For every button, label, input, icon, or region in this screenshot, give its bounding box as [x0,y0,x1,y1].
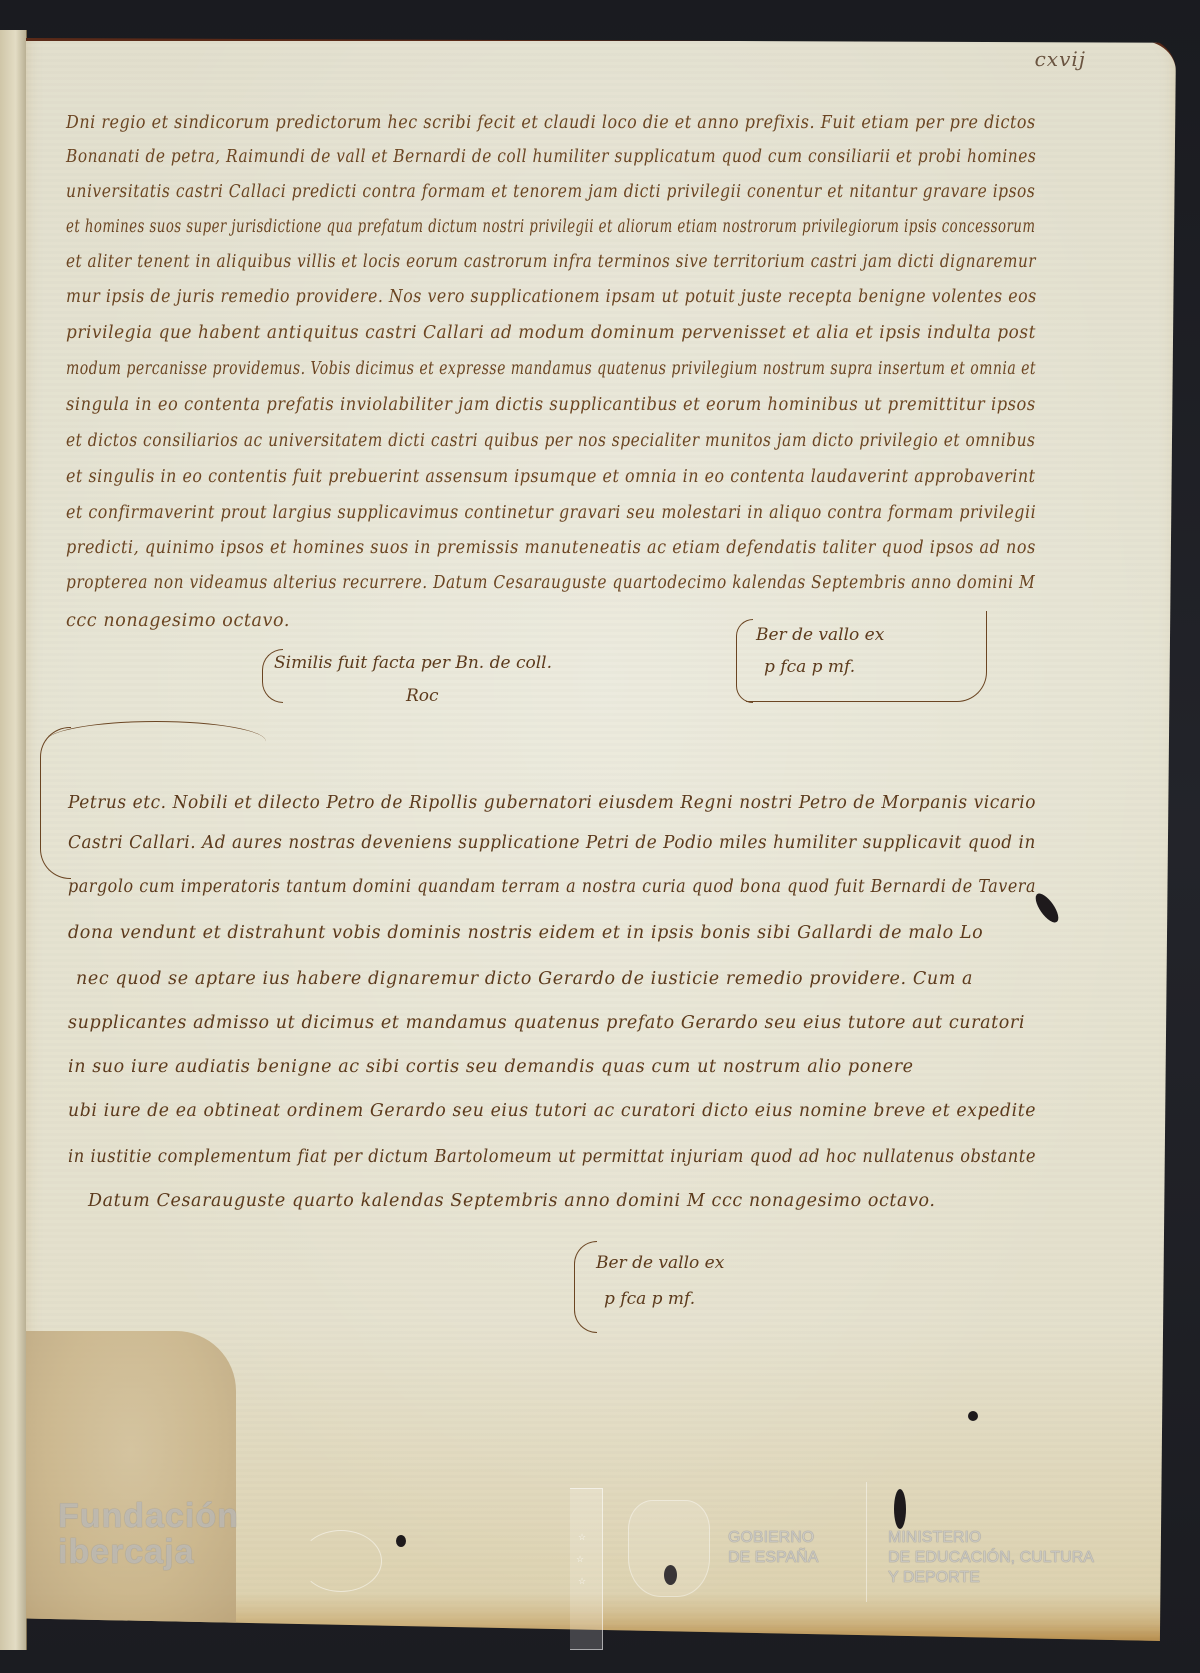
ink-blot [894,1489,906,1529]
text-line: et singulis in eo contentis fuit prebuer… [66,467,1036,487]
text-line: supplicantes admisso ut dicimus et manda… [68,1013,1025,1033]
signature-2: p fca p mf. [604,1289,695,1309]
text-line: et dictos consiliarios ac universitatem … [66,431,1035,451]
text-line: propterea non videamus alterius recurrer… [66,573,1035,593]
text-line: ccc nonagesimo octavo. [66,611,290,631]
ibercaja-logo-icon [300,1530,382,1592]
text-line: in suo iure audiatis benigne ac sibi cor… [68,1057,914,1077]
separator-flourish [46,721,266,762]
text-line: Petrus etc. Nobili et dilecto Petro de R… [68,793,1036,813]
watermark-text: ibercaja [58,1534,239,1570]
text-line: in iustitie complementum fiat per dictum… [68,1147,1036,1167]
signature-right-2: p fca p mf. [764,657,855,677]
signature-left-sub: Roc [406,686,439,706]
watermark-text: GOBIERNO [728,1528,818,1548]
text-line: ubi iure de ea obtineat ordinem Gerardo … [68,1101,1036,1121]
ink-blot [396,1535,406,1547]
margin-flourish [40,727,71,879]
fundacion-ibercaja-watermark: Fundación ibercaja [58,1498,239,1570]
ink-blot [1032,890,1063,926]
text-line: Dni regio et sindicorum predictorum hec … [66,113,1036,133]
watermark-text: Fundación [58,1498,239,1534]
signature-right-1: Ber de vallo ex [756,625,884,645]
text-line: privilegia que habent antiquitus castri … [66,323,1036,343]
text-line: dona vendunt et distrahunt vobis dominis… [68,923,983,943]
watermark-text: Y DEPORTE [888,1568,1094,1588]
ink-blot [968,1411,978,1421]
gobierno-watermark: GOBIERNO DE ESPAÑA [728,1528,818,1568]
watermark-text: DE ESPAÑA [728,1548,818,1568]
text-line: Datum Cesarauguste quarto kalendas Septe… [88,1191,936,1211]
star-icon: ☆ [578,1577,586,1587]
folio-number: cxvij [1035,47,1086,71]
spain-coat-of-arms-icon [628,1500,710,1597]
text-line: universitatis castri Callaci predicti co… [66,182,1035,202]
text-line: nec quod se aptare ius habere dignaremur… [76,969,973,989]
text-line: predicti, quinimo ipsos et homines suos … [66,538,1036,558]
facing-page-edge [0,30,27,1650]
text-line: et aliter tenent in aliquibus villis et … [66,252,1036,272]
text-line: et confirmaverint prout largius supplica… [66,503,1036,523]
watermark-text: DE EDUCACIÓN, CULTURA [888,1548,1094,1568]
text-line: Castri Callari. Ad aures nostras devenie… [68,833,1036,853]
watermark-divider [866,1482,867,1602]
star-icon: ☆ [578,1533,586,1543]
ministerio-watermark: MINISTERIO DE EDUCACIÓN, CULTURA Y DEPOR… [888,1528,1094,1588]
text-line: modum percanisse providemus. Vobis dicim… [66,359,1036,379]
star-icon: ☆ [576,1555,584,1565]
paper-stain [26,1331,236,1631]
signature-bracket [574,1241,597,1333]
text-line: singula in eo contenta prefatis inviolab… [66,395,1036,415]
text-line: Bonanati de petra, Raimundi de vall et B… [66,147,1036,167]
manuscript-page: cxvij Dni regio et sindicorum predictoru… [26,38,1176,1641]
text-line: et homines suos super jurisdictione qua … [66,217,1035,237]
signature-left: Similis fuit facta per Bn. de coll. [274,653,552,673]
signature-1: Ber de vallo ex [596,1253,724,1273]
text-line: mur ipsis de juris remedio providere. No… [66,287,1037,307]
text-line: pargolo cum imperatoris tantum domini qu… [68,877,1036,897]
eu-flag-icon: ☆ ☆ ☆ [570,1488,603,1650]
watermark-text: MINISTERIO [888,1528,1094,1548]
